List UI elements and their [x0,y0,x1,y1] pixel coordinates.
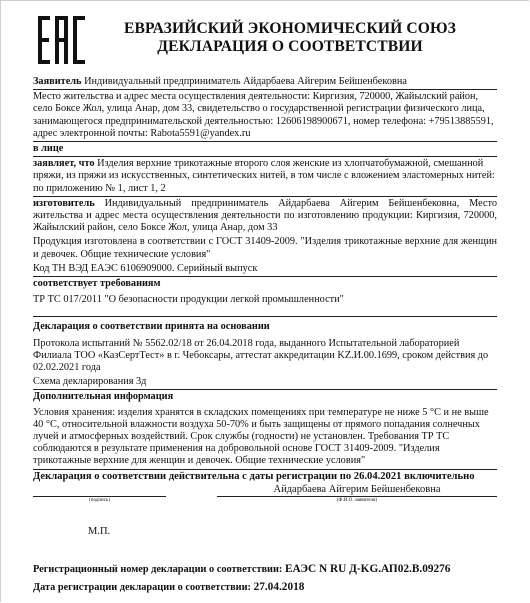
basis-label: Декларация о соответствии принята на осн… [33,317,497,334]
stamp-placeholder: М.П. [88,526,110,537]
applicant-value: Индивидуальный предприниматель Айдарбаев… [84,76,407,87]
basis-value: Протокола испытаний № 5562.02/18 от 26.0… [33,335,497,376]
manufacturer-standard: Продукция изготовлена в соответствии с Г… [33,235,497,261]
applicant-row: Заявитель Индивидуальный предприниматель… [33,75,497,90]
validity-statement: Декларация о соответствии действительна … [33,470,497,484]
eac-mark-icon [38,16,86,64]
manufacturer-label: изготовитель [33,198,95,209]
declaration-scheme: Схема декларирования 3д [33,375,497,390]
conforms-value: ТР ТС 017/2011 "О безопасности продукции… [33,291,497,317]
applicant-name-block: Айдарбаева Айгерим Бейшенбековна (Ф.И.О.… [217,484,497,505]
document-header: ЕВРАЗИЙСКИЙ ЭКОНОМИЧЕСКИЙ СОЮЗ ДЕКЛАРАЦИ… [120,20,460,56]
registration-number-label: Регистрационный номер декларации о соотв… [33,564,282,575]
signature-line [33,484,166,497]
document-title: ДЕКЛАРАЦИЯ О СООТВЕТСТВИИ [120,38,460,56]
declaration-body: Заявитель Индивидуальный предприниматель… [33,75,497,484]
applicant-name: Айдарбаева Айгерим Бейшенбековна [217,484,497,497]
represented-label: в лице [33,142,497,157]
signature-caption: (подпись) [33,497,166,505]
declares-row: заявляет, что Изделия верхние трикотажны… [33,157,497,197]
additional-value: Условия хранения: изделия хранятся в скл… [33,405,497,470]
registration-number: ЕАЭС N RU Д-KG.АП02.В.09276 [285,563,451,575]
applicant-address: Место жительства и адрес места осуществл… [33,90,497,142]
union-title: ЕВРАЗИЙСКИЙ ЭКОНОМИЧЕСКИЙ СОЮЗ [120,20,460,38]
registration-number-row: Регистрационный номер декларации о соотв… [33,563,450,575]
registration-date-row: Дата регистрации декларации о соответств… [33,581,304,593]
conforms-label: соответствует требованиям [33,277,497,291]
manufacturer-code: Код ТН ВЭД ЕАЭС 6106909000. Серийный вып… [33,262,497,277]
registration-date: 27.04.2018 [254,581,305,593]
applicant-name-caption: (Ф.И.О. заявителя) [217,497,497,505]
manufacturer-value: Индивидуальный предприниматель Айдарбаев… [33,198,497,233]
manufacturer-row: изготовитель Индивидуальный предпринимат… [33,197,497,236]
signature-block: (подпись) [33,484,166,505]
applicant-label: Заявитель [33,76,82,87]
declares-label: заявляет, что [33,158,95,169]
registration-date-label: Дата регистрации декларации о соответств… [33,582,251,593]
additional-label: Дополнительная информация [33,390,497,404]
declares-value: Изделия верхние трикотажные второго слоя… [33,158,495,193]
